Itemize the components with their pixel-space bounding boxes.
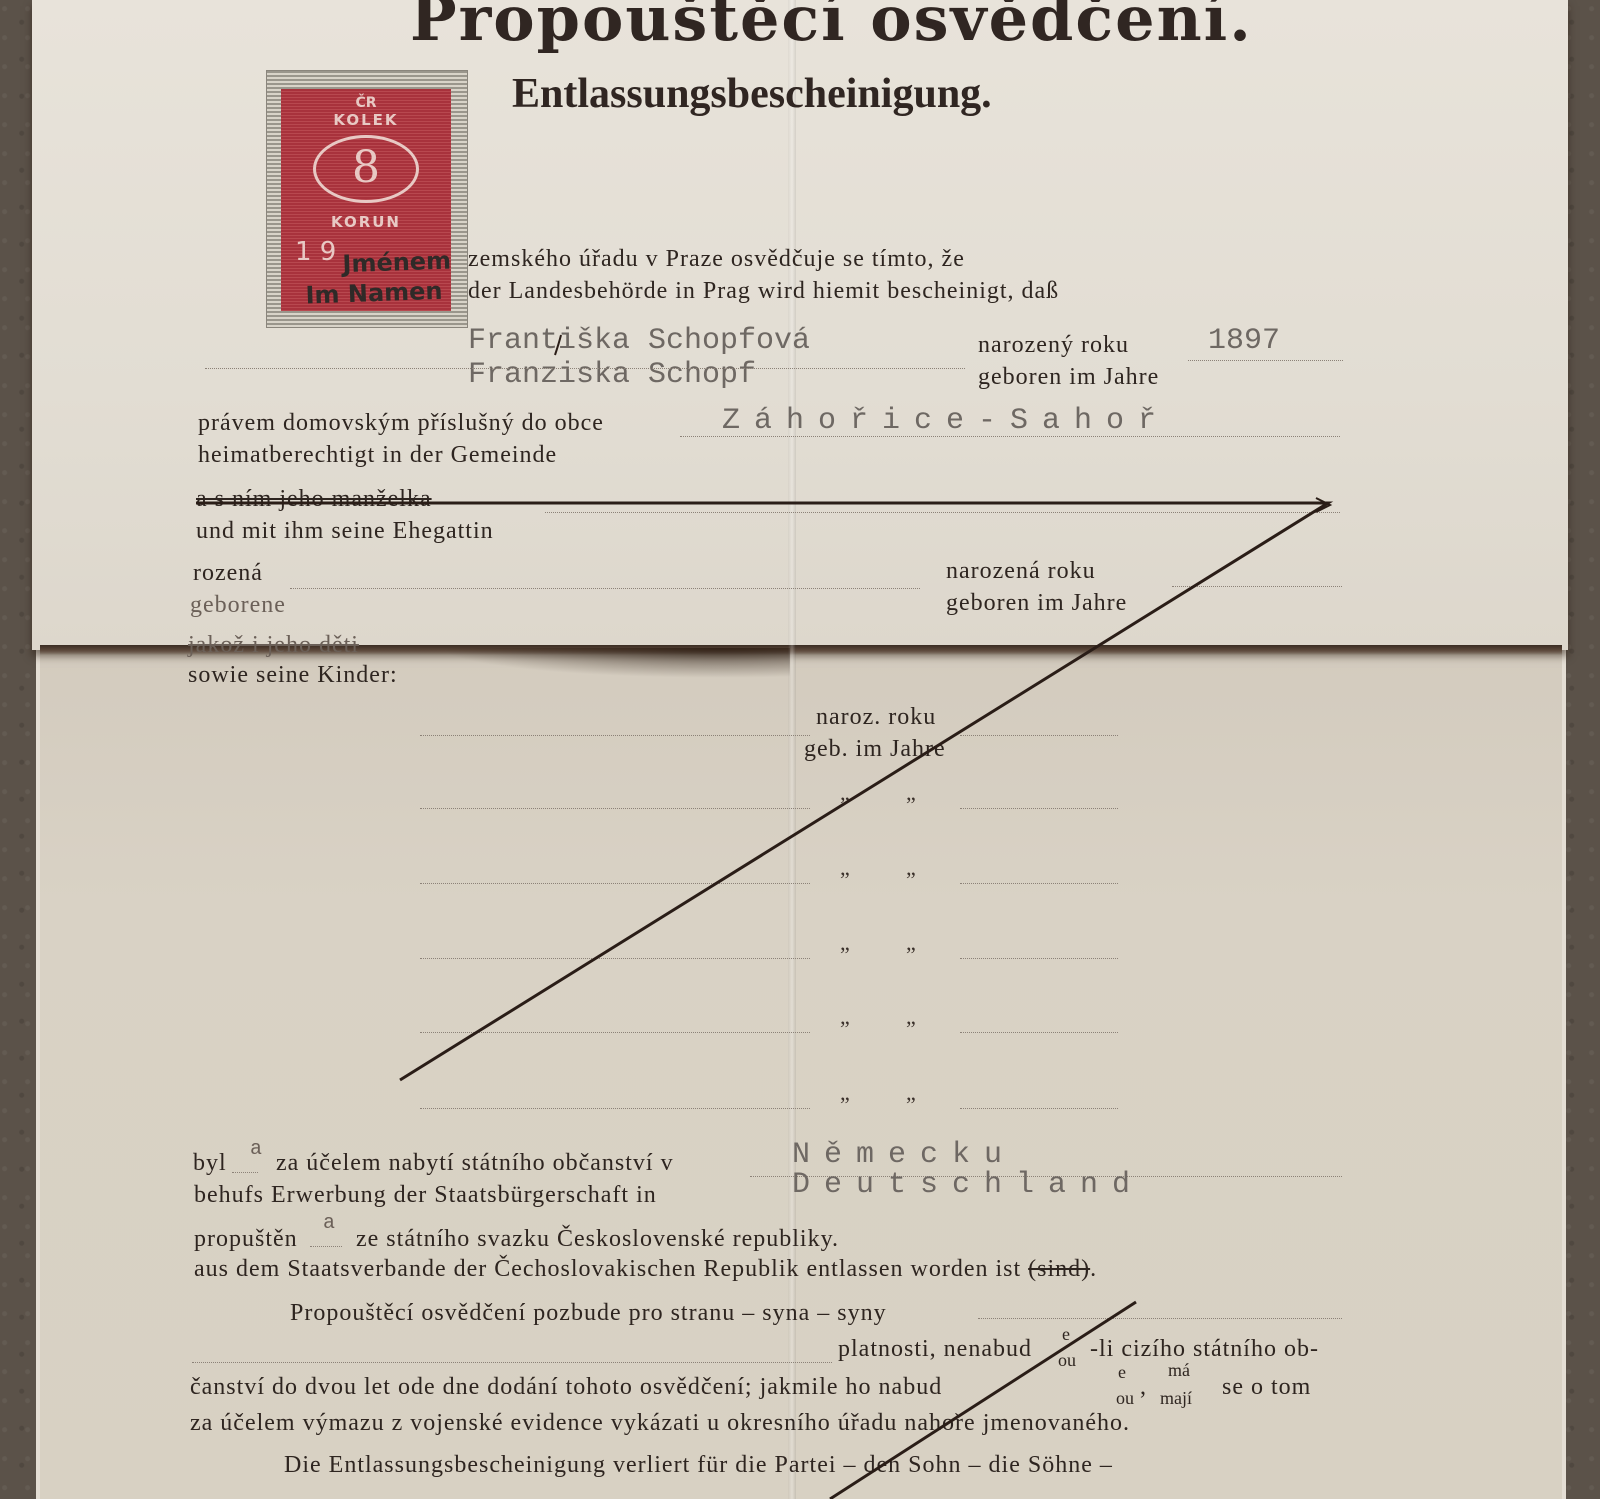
handwritten-a-mark	[555, 335, 561, 355]
cancel-stroke-upper	[196, 503, 1328, 1080]
cancellation-strokes	[0, 0, 1600, 1499]
cancel-stroke-lower	[830, 1302, 1136, 1499]
